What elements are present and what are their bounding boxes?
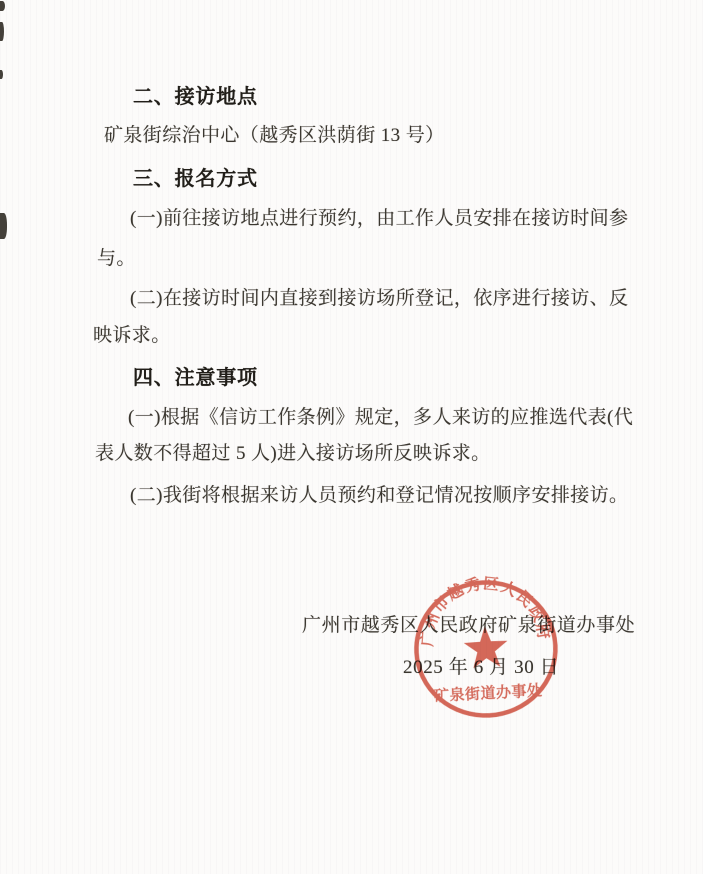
body-line: 与。 xyxy=(97,247,136,271)
section-heading-notes: 四、注意事项 xyxy=(133,366,258,391)
official-seal: 广州市越秀区人民政府 矿泉街道办事处 xyxy=(396,560,577,741)
body-line: (二)在接访时间内直接到接访场所登记，依序进行接访、反 xyxy=(130,287,628,311)
seal-star-icon xyxy=(463,625,509,669)
section-heading-registration-method: 三、报名方式 xyxy=(133,167,258,192)
scanned-document-page: 二、接访地点 矿泉街综治中心（越秀区洪荫街 13 号） 三、报名方式 (一)前往… xyxy=(0,0,703,874)
body-line: (一)根据《信访工作条例》规定，多人来访的应推选代表(代 xyxy=(128,406,633,430)
section-heading-meeting-location: 二、接访地点 xyxy=(133,85,258,110)
scan-artifact xyxy=(0,70,3,79)
body-line: 映诉求。 xyxy=(93,324,171,348)
scan-artifact xyxy=(0,22,4,41)
body-line: 表人数不得超过 5 人)进入接访场所反映诉求。 xyxy=(95,442,491,466)
body-line: (一)前往接访地点进行预约，由工作人员安排在接访时间参 xyxy=(130,207,628,231)
scan-artifact xyxy=(0,213,7,239)
scan-artifact xyxy=(0,1,5,11)
body-line-address: 矿泉街综治中心（越秀区洪荫街 13 号） xyxy=(104,124,445,148)
body-line: (二)我街将根据来访人员预约和登记情况按顺序安排接访。 xyxy=(130,484,628,508)
